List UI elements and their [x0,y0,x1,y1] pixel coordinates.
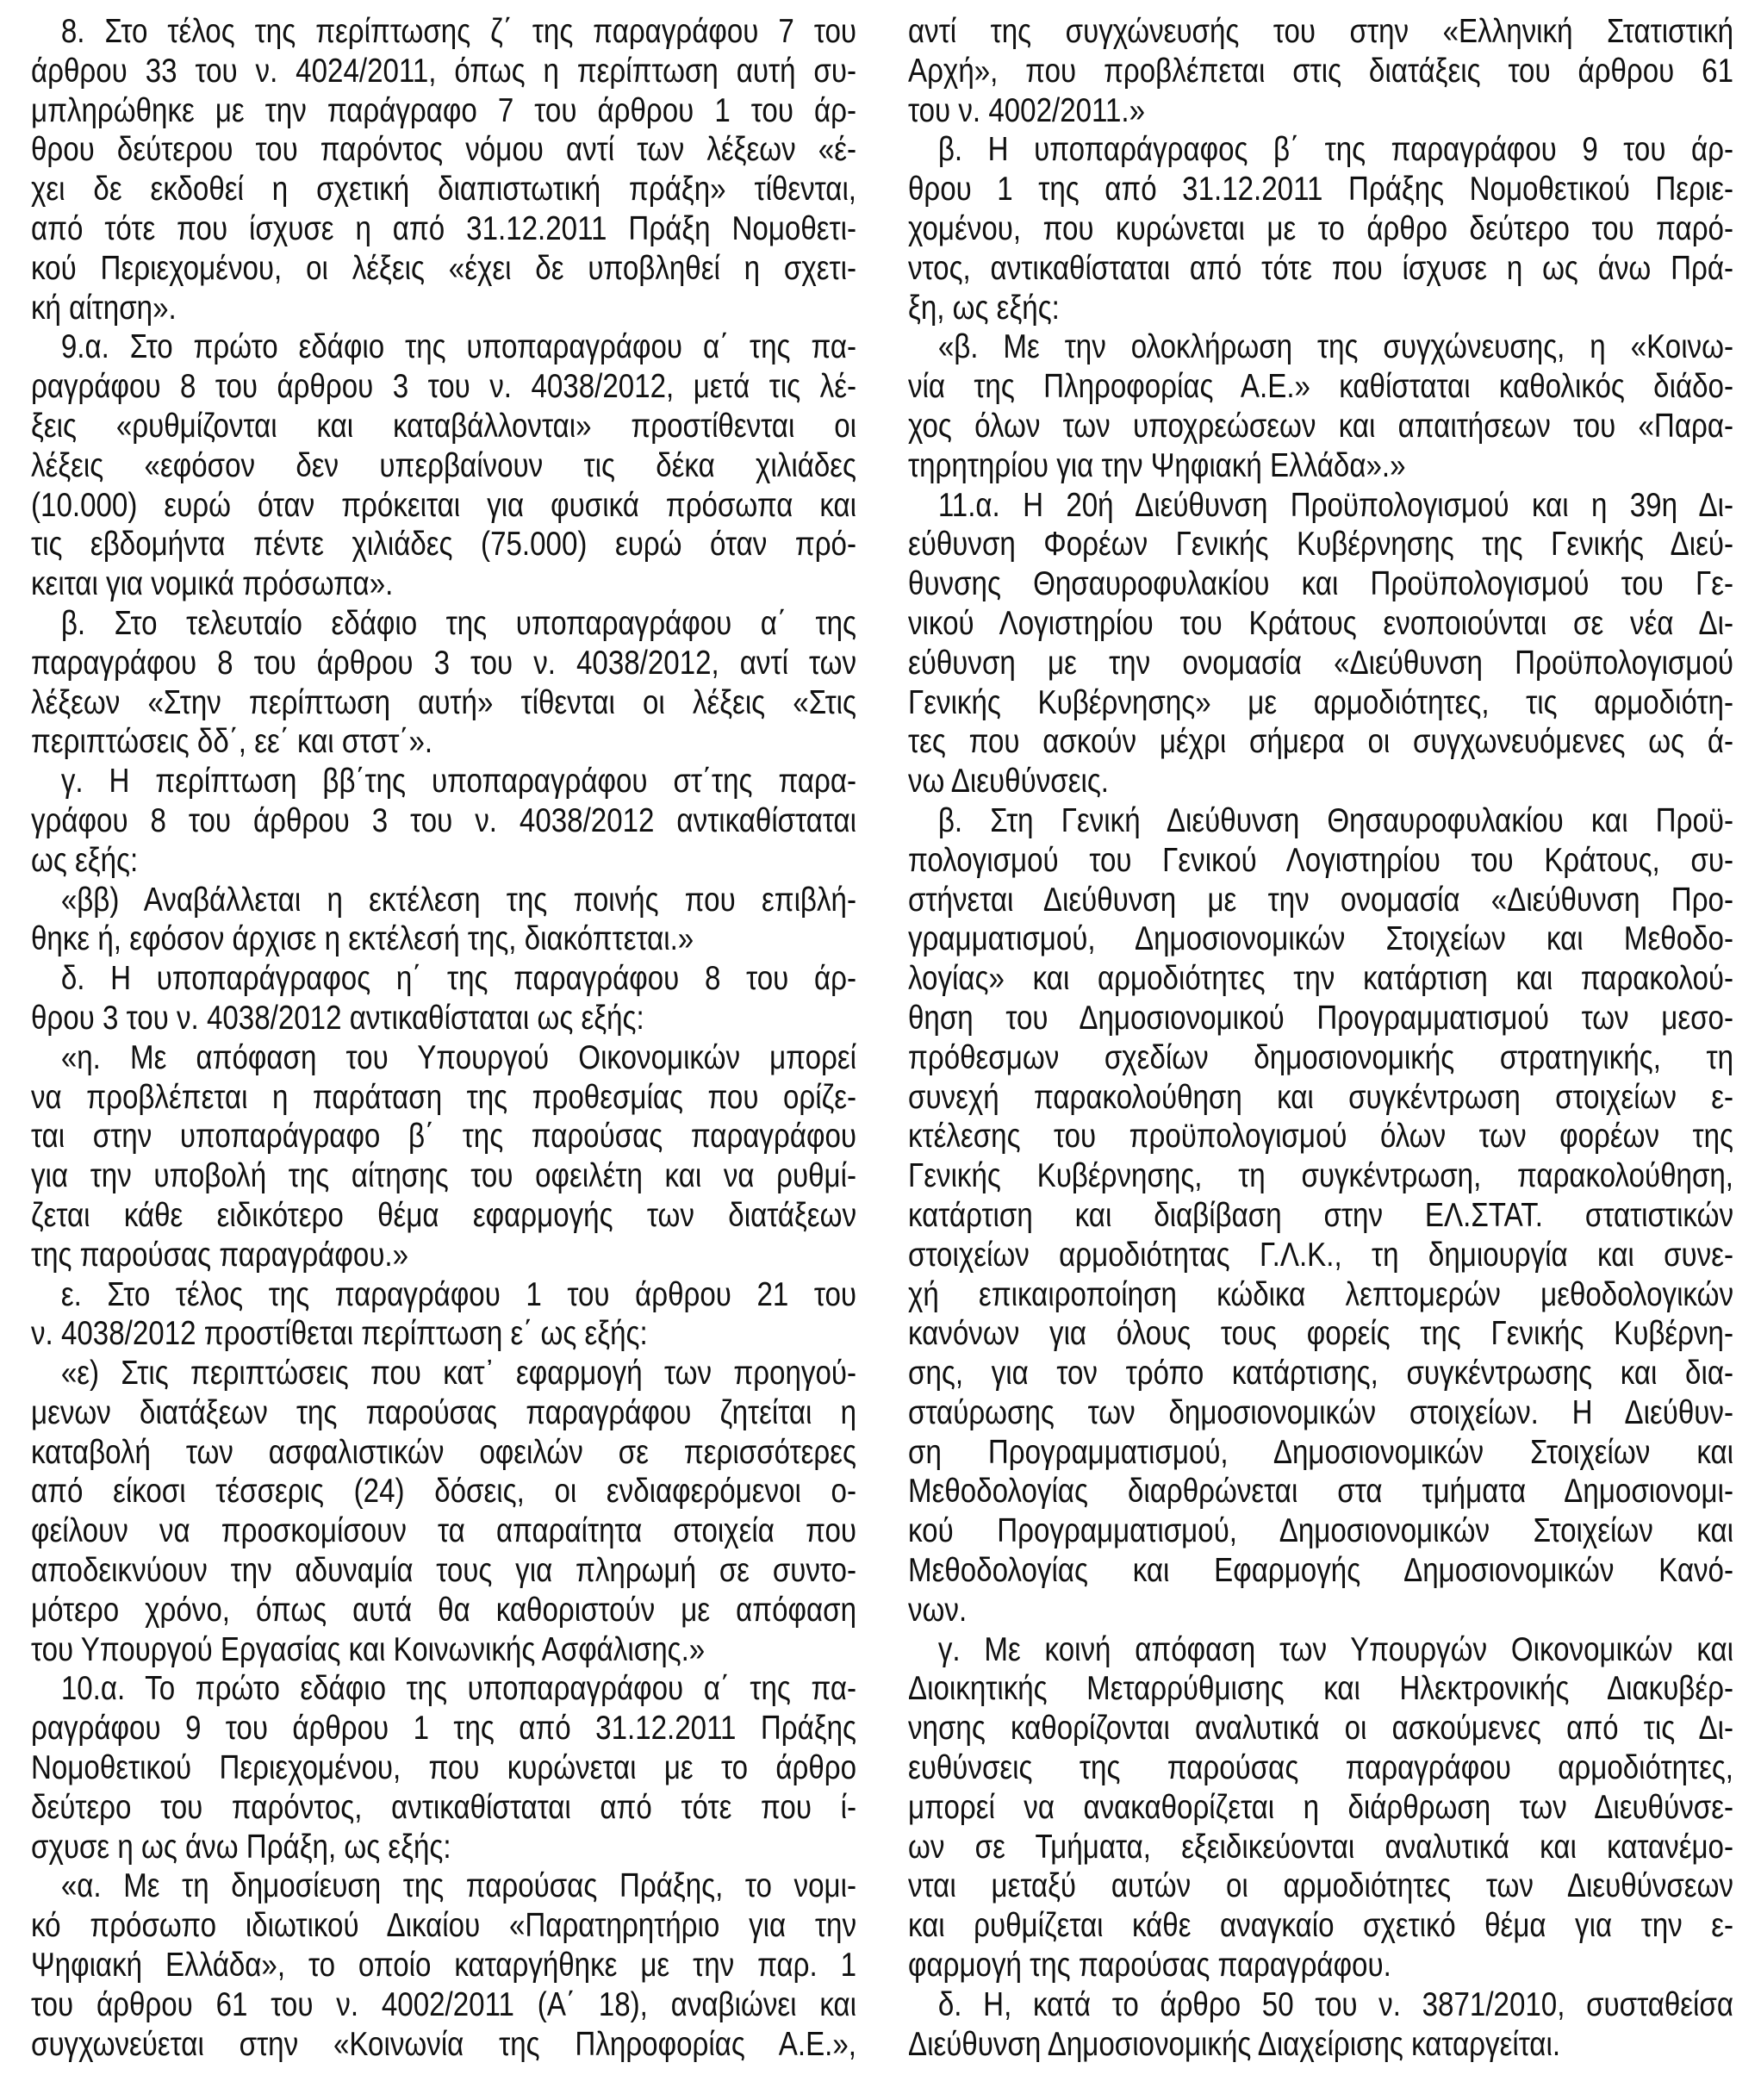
paragraph: 11.α. Η 20ή Διεύθυνση Προϋπολογισμού και… [908,486,1733,801]
text-line: περιπτώσεις δδ΄, εε΄ και στστ΄». [31,722,856,762]
text-line: της παρούσας παραγράφου.» [31,1236,856,1275]
paragraph: 10.α. Το πρώτο εδάφιο της υποπαραγράφου … [31,1669,856,1866]
text-line: συγχωνεύεται στην «Κοινωνία της Πληροφορ… [31,2025,856,2065]
text-line: λέξεις «εφόσον δεν υπερβαίνουν τις δέκα … [31,446,856,486]
text-line: θηση του Δημοσιονομικού Προγραμματισμού … [908,999,1733,1038]
paragraph: γ. Η περίπτωση ββ΄της υποπαραγράφου στ΄τ… [31,762,856,880]
text-line: πρόθεσμων σχεδίων δημοσιονομικής στρατηγ… [908,1038,1733,1078]
text-line: γράφου 8 του άρθρου 3 του ν. 4038/2012 α… [31,801,856,841]
text-line: Γενικής Κυβέρνησης» με αρμοδιότητες, τις… [908,683,1733,723]
left-column-text: 8. Στο τέλος της περίπτωσης ζ΄ της παραγ… [31,12,856,2064]
text-line: από είκοσι τέσσερις (24) δόσεις, οι ενδι… [31,1472,856,1511]
text-line: κού Περιεχομένου, οι λέξεις «έχει δε υπο… [31,249,856,289]
text-line: θηκε ή, εφόσον άρχισε η εκτέλεσή της, δι… [31,919,856,959]
text-line: δεύτερο του παρόντος, αντικαθίσταται από… [31,1788,856,1828]
text-line: θρου 1 της από 31.12.2011 Πράξης Νομοθετ… [908,170,1733,209]
text-line: 9.α. Στο πρώτο εδάφιο της υποπαραγράφου … [31,327,856,367]
text-line: β. Στη Γενική Διεύθυνση Θησαυροφυλακίου … [908,801,1733,841]
text-line: φείλουν να προσκομίσουν τα απαραίτητα στ… [31,1511,856,1551]
paragraph: «α. Με τη δημοσίευση της παρούσας Πράξης… [31,1866,856,2064]
text-line: να προβλέπεται η παράταση της προθεσμίας… [31,1078,856,1118]
text-line: παραγράφου 8 του άρθρου 3 του ν. 4038/20… [31,644,856,683]
text-line: χομένου, που κυρώνεται με το άρθρο δεύτε… [908,209,1733,249]
text-line: λογίας» και αρμοδιότητες την κατάρτιση κ… [908,959,1733,999]
left-column: 8. Στο τέλος της περίπτωσης ζ΄ της παραγ… [31,12,856,2080]
text-line: ται στην υποπαράγραφο β΄ της παρούσας πα… [31,1117,856,1156]
text-line: χει δε εκδοθεί η σχετική διαπιστωτική πρ… [31,170,856,209]
text-line: β. Στο τελευταίο εδάφιο της υποπαραγράφο… [31,604,856,644]
text-line: χος όλων των υποχρεώσεων και απαιτήσεων … [908,407,1733,446]
text-line: νων. [908,1591,1733,1630]
text-line: νία της Πληροφορίας Α.Ε.» καθίσταται καθ… [908,367,1733,407]
text-line: χή επικαιροποίηση κώδικα λεπτομερών μεθο… [908,1275,1733,1315]
text-line: Διοικητικής Μεταρρύθμισης και Ηλεκτρονικ… [908,1669,1733,1709]
right-column-text: αντί της συγχώνευσής του στην «Ελληνική … [908,12,1733,2064]
text-line: ν. 4038/2012 προστίθεται περίπτωση ε΄ ως… [31,1314,856,1354]
text-line: δ. Η υποπαράγραφος η΄ της παραγράφου 8 τ… [31,959,856,999]
text-line: του άρθρου 61 του ν. 4002/2011 (Α΄ 18), … [31,1985,856,2025]
text-line: ραγράφου 8 του άρθρου 3 του ν. 4038/2012… [31,367,856,407]
text-line: άρθρου 33 του ν. 4024/2011, όπως η περίπ… [31,52,856,91]
text-line: 8. Στο τέλος της περίπτωσης ζ΄ της παραγ… [31,12,856,52]
text-line: στοιχείων αρμοδιότητας Γ.Λ.Κ., τη δημιου… [908,1236,1733,1275]
text-line: σχυσε η ως άνω Πράξη, ως εξής: [31,1828,856,1867]
text-line: θρου δεύτερου του παρόντος νόμου αντί τω… [31,130,856,170]
text-line: κού Προγραμματισμού, Δημοσιονομικών Στοι… [908,1511,1733,1551]
text-line: «β. Με την ολοκλήρωση της συγχώνευσης, η… [908,327,1733,367]
text-line: κειται για νομικά πρόσωπα». [31,564,856,604]
paragraph: δ. Η υποπαράγραφος η΄ της παραγράφου 8 τ… [31,959,856,1038]
paragraph: «ε) Στις περιπτώσεις που κατ᾽ εφαρμογή τ… [31,1354,856,1669]
text-line: και ρυθμίζεται κάθε αναγκαίο σχετικό θέμ… [908,1906,1733,1946]
paragraph: β. Η υποπαράγραφος β΄ της παραγράφου 9 τ… [908,130,1733,327]
text-line: «η. Με απόφαση του Υπουργού Οικονομικών … [31,1038,856,1078]
text-line: γραμματισμού, Δημοσιονομικών Στοιχείων κ… [908,919,1733,959]
text-line: σης, για τον τρόπο κατάρτισης, συγκέντρω… [908,1354,1733,1393]
text-line: ως εξής: [31,841,856,881]
document-page: 8. Στο τέλος της περίπτωσης ζ΄ της παραγ… [0,0,1761,2100]
text-line: φαρμογή της παρούσας παραγράφου. [908,1946,1733,1985]
text-line: νω Διευθύνσεις. [908,762,1733,801]
text-line: τες που ασκούν μέχρι σήμερα οι συγχωνευό… [908,722,1733,762]
paragraph: «η. Με απόφαση του Υπουργού Οικονομικών … [31,1038,856,1275]
text-line: νησης καθορίζονται αναλυτικά οι ασκούμεν… [908,1709,1733,1748]
text-line: ντος, αντικαθίσταται από τότε που ίσχυσε… [908,249,1733,289]
text-line: τις εβδομήντα πέντε χιλιάδες (75.000) ευ… [31,525,856,564]
text-line: γ. Η περίπτωση ββ΄της υποπαραγράφου στ΄τ… [31,762,856,801]
text-line: 11.α. Η 20ή Διεύθυνση Προϋπολογισμού και… [908,486,1733,526]
text-line: κό πρόσωπο ιδιωτικού Δικαίου «Παρατηρητή… [31,1906,856,1946]
text-line: Γενικής Κυβέρνησης, τη συγκέντρωση, παρα… [908,1156,1733,1196]
text-line: ση Προγραμματισμού, Δημοσιονομικών Στοιχ… [908,1433,1733,1473]
text-line: ευθύνσεις της παρούσας παραγράφου αρμοδι… [908,1748,1733,1788]
text-line: «ε) Στις περιπτώσεις που κατ᾽ εφαρμογή τ… [31,1354,856,1393]
paragraph: β. Στη Γενική Διεύθυνση Θησαυροφυλακίου … [908,801,1733,1630]
text-line: ραγράφου 9 του άρθρου 1 της από 31.12.20… [31,1709,856,1748]
text-line: σταύρωσης των δημοσιονομικών στοιχείων. … [908,1393,1733,1433]
text-line: ζεται κάθε ειδικότερο θέμα εφαρμογής των… [31,1196,856,1236]
text-line: θυνσης Θησαυροφυλακίου και Προϋπολογισμο… [908,564,1733,604]
text-line: β. Η υποπαράγραφος β΄ της παραγράφου 9 τ… [908,130,1733,170]
text-line: ε. Στο τέλος της παραγράφου 1 του άρθρου… [31,1275,856,1315]
text-line: 10.α. Το πρώτο εδάφιο της υποπαραγράφου … [31,1669,856,1709]
text-line: αποδεικνύουν την αδυναμία τους για πληρω… [31,1551,856,1591]
paragraph: δ. Η, κατά το άρθρο 50 του ν. 3871/2010,… [908,1985,1733,2065]
text-line: συνεχή παρακολούθηση και συγκέντρωση στο… [908,1078,1733,1118]
text-line: Μεθοδολογίας διαρθρώνεται στα τμήματα Δη… [908,1472,1733,1511]
text-line: Αρχή», που προβλέπεται στις διατάξεις το… [908,52,1733,91]
text-line: μπληρώθηκε με την παράγραφο 7 του άρθρου… [31,91,856,131]
paragraph: ε. Στο τέλος της παραγράφου 1 του άρθρου… [31,1275,856,1355]
text-line: από τότε που ίσχυσε η από 31.12.2011 Πρά… [31,209,856,249]
paragraph: «ββ) Αναβάλλεται η εκτέλεση της ποινής π… [31,881,856,960]
text-line: ξεις «ρυθμίζονται και καταβάλλονται» προ… [31,407,856,446]
text-line: κή αίτηση». [31,289,856,328]
text-line: αντί της συγχώνευσής του στην «Ελληνική … [908,12,1733,52]
text-line: μπορεί να ανακαθορίζεται η διάρθρωση των… [908,1788,1733,1828]
paragraph: 9.α. Στο πρώτο εδάφιο της υποπαραγράφου … [31,327,856,604]
text-line: κτέλεσης του προϋπολογισμού όλων των φορ… [908,1117,1733,1156]
text-line: ων σε Τμήματα, εξειδικεύονται αναλυτικά … [908,1828,1733,1867]
text-line: (10.000) ευρώ όταν πρόκειται για φυσικά … [31,486,856,526]
text-line: ξη, ως εξής: [908,289,1733,328]
text-line: τηρητηρίου για την Ψηφιακή Ελλάδα».» [908,446,1733,486]
text-line: κανόνων για όλους τους φορείς της Γενική… [908,1314,1733,1354]
text-line: κατάρτιση και διαβίβαση στην ΕΛ.ΣΤΑΤ. στ… [908,1196,1733,1236]
text-line: «ββ) Αναβάλλεται η εκτέλεση της ποινής π… [31,881,856,920]
right-column: αντί της συγχώνευσής του στην «Ελληνική … [908,12,1733,2080]
paragraph: β. Στο τελευταίο εδάφιο της υποπαραγράφο… [31,604,856,762]
text-line: Νομοθετικού Περιεχομένου, που κυρώνεται … [31,1748,856,1788]
text-line: πολογισμού του Γενικού Λογιστηρίου του Κ… [908,841,1733,881]
text-line: λέξεων «Στην περίπτωση αυτή» τίθενται οι… [31,683,856,723]
paragraph: «β. Με την ολοκλήρωση της συγχώνευσης, η… [908,327,1733,485]
paragraph: γ. Με κοινή απόφαση των Υπουργών Οικονομ… [908,1630,1733,1985]
text-line: δ. Η, κατά το άρθρο 50 του ν. 3871/2010,… [908,1985,1733,2025]
text-line: νται μεταξύ αυτών οι αρμοδιότητες των Δι… [908,1866,1733,1906]
text-line: νικού Λογιστηρίου του Κράτους ενοποιούντ… [908,604,1733,644]
text-line: εύθυνση με την ονομασία «Διεύθυνση Προϋπ… [908,644,1733,683]
text-line: μότερο χρόνο, όπως αυτά θα καθοριστούν μ… [31,1591,856,1630]
text-line: «α. Με τη δημοσίευση της παρούσας Πράξης… [31,1866,856,1906]
text-line: για την υποβολή της αίτησης του οφειλέτη… [31,1156,856,1196]
text-line: γ. Με κοινή απόφαση των Υπουργών Οικονομ… [908,1630,1733,1670]
text-line: μενων διατάξεων της παρούσας παραγράφου … [31,1393,856,1433]
paragraph: αντί της συγχώνευσής του στην «Ελληνική … [908,12,1733,130]
text-line: Ψηφιακή Ελλάδα», το οποίο καταργήθηκε με… [31,1946,856,1985]
text-line: εύθυνση Φορέων Γενικής Κυβέρνησης της Γε… [908,525,1733,564]
text-line: Μεθοδολογίας και Εφαρμογής Δημοσιονομικώ… [908,1551,1733,1591]
text-line: του ν. 4002/2011.» [908,91,1733,131]
text-line: στήνεται Διεύθυνση με την ονομασία «Διεύ… [908,881,1733,920]
text-line: του Υπουργού Εργασίας και Κοινωνικής Ασφ… [31,1630,856,1670]
text-line: Διεύθυνση Δημοσιονομικής Διαχείρισης κατ… [908,2025,1733,2065]
text-line: καταβολή των ασφαλιστικών οφειλών σε περ… [31,1433,856,1473]
text-line: θρου 3 του ν. 4038/2012 αντικαθίσταται ω… [31,999,856,1038]
paragraph: 8. Στο τέλος της περίπτωσης ζ΄ της παραγ… [31,12,856,327]
